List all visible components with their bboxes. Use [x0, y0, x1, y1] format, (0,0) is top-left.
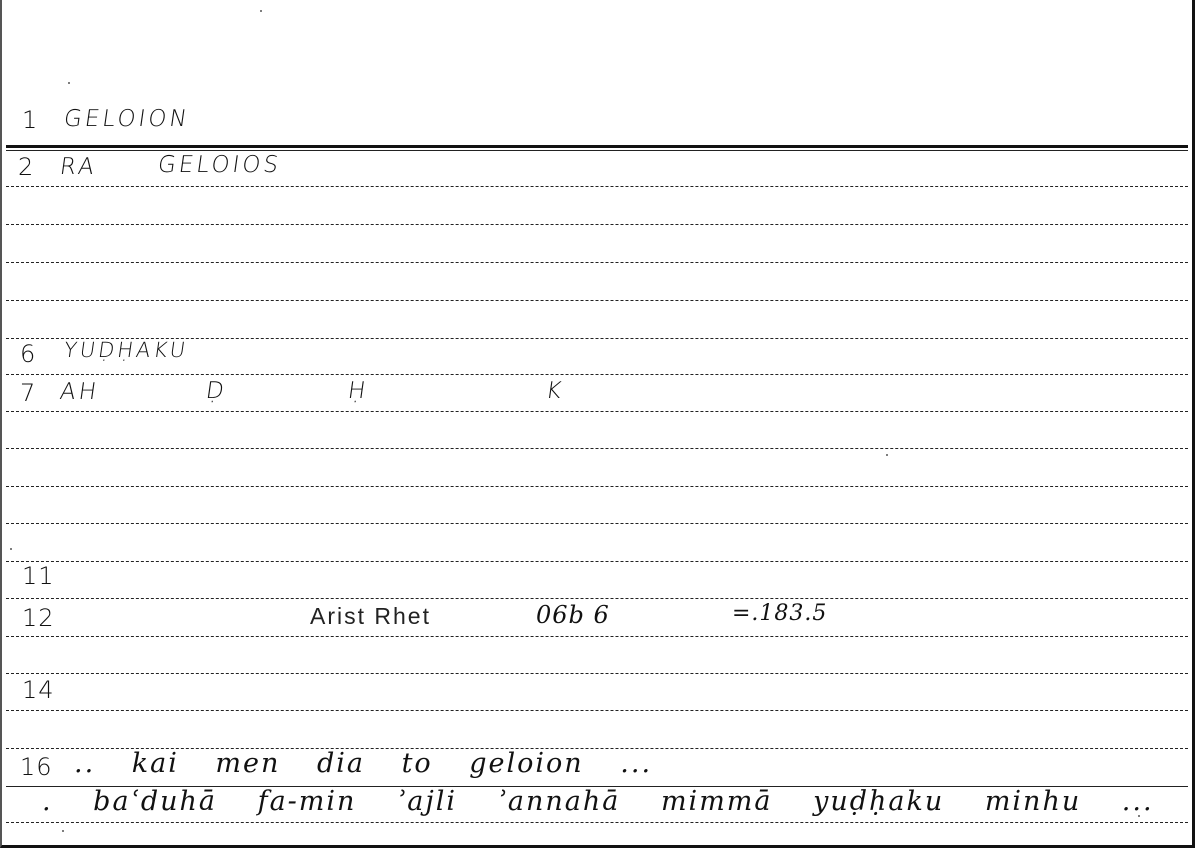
scan-speck [1138, 815, 1140, 817]
scan-speck [260, 10, 262, 12]
line-number: 11 [22, 562, 55, 590]
line-number: 6 [20, 340, 36, 368]
rule [6, 300, 1188, 301]
root-word: GELOIOS [156, 152, 283, 178]
arabic-headword: YUḌḤAKU [62, 338, 189, 362]
greek-passage: .. kai men dia to geloion ... [74, 748, 652, 779]
headword: GELOION [62, 106, 191, 132]
line-number: 12 [22, 604, 55, 632]
index-card: 1 GELOION 2 RA GELOIOS 6 YUḌḤAKU 7 AH Ḍ … [0, 0, 1195, 848]
line-number: 14 [22, 676, 55, 704]
rule [6, 448, 1188, 449]
root-letter: Ḍ [204, 378, 228, 404]
rule [6, 636, 1188, 637]
line-label: AH [58, 379, 101, 405]
rule [6, 374, 1188, 375]
rule [6, 486, 1188, 487]
rule [6, 262, 1188, 263]
scan-speck [10, 548, 12, 550]
rule [6, 561, 1188, 562]
rule [6, 710, 1188, 711]
bekker-reference: 06b 6 [536, 601, 610, 629]
line-number: 7 [20, 379, 36, 407]
arabic-passage: . baʿduhā fa-min ʾajli ʾannahā mimmā yuḍ… [42, 786, 1154, 817]
source-reference: Arist Rhet [310, 603, 431, 630]
scan-speck [62, 830, 64, 832]
rule [6, 411, 1188, 412]
rule [6, 224, 1188, 225]
rule [6, 523, 1188, 524]
rule [6, 822, 1188, 823]
line-number: 1 [22, 106, 38, 134]
rule [6, 150, 1188, 151]
page-equivalent: =.183.5 [732, 601, 827, 626]
rule [6, 598, 1188, 599]
line-number: 16 [20, 753, 53, 781]
rule [6, 145, 1188, 148]
root-letter: K [544, 378, 566, 404]
root-letter: Ḥ [346, 378, 370, 404]
scan-speck [886, 454, 888, 456]
scan-speck [68, 82, 70, 84]
line-label: RA [58, 154, 98, 180]
rule [6, 673, 1188, 674]
rule [6, 186, 1188, 187]
line-number: 2 [18, 153, 34, 181]
